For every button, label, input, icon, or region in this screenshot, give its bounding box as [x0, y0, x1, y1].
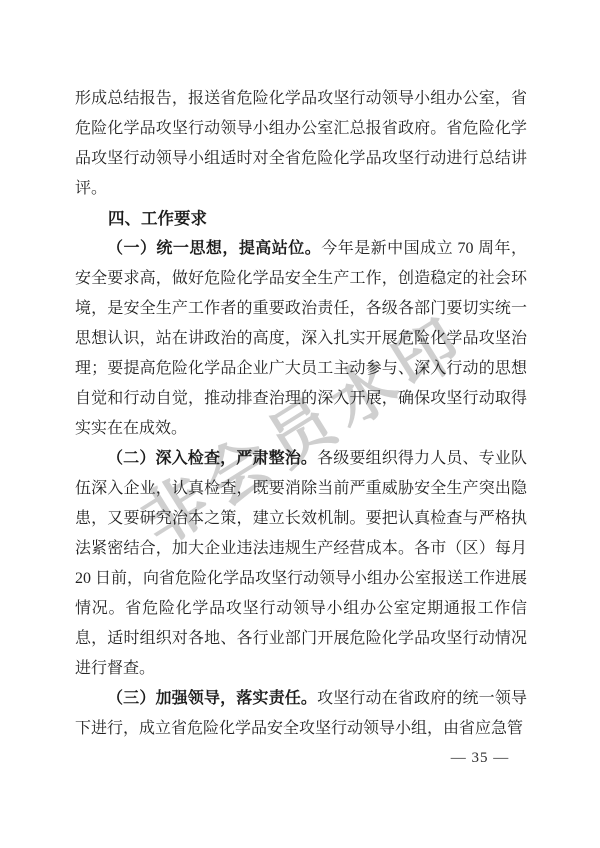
- paragraph-continuation: 形成总结报告，报送省危险化学品攻坚行动领导小组办公室，省危险化学品攻坚行动领导小…: [75, 84, 527, 204]
- paragraph-item-2: （二）深入检查，严肃整治。各级要组织得力人员、专业队伍深入企业，认真检查，既要消…: [75, 444, 527, 684]
- document-body: 形成总结报告，报送省危险化学品攻坚行动领导小组办公室，省危险化学品攻坚行动领导小…: [75, 84, 527, 744]
- paragraph-1-text: 今年是新中国成立 70 周年，安全要求高，做好危险化学品安全生产工作，创造稳定的…: [75, 240, 527, 437]
- page-number: — 35 —: [440, 747, 520, 769]
- section-heading: 四、工作要求: [75, 204, 527, 234]
- paragraph-item-3: （三）加强领导，落实责任。攻坚行动在省政府的统一领导下进行，成立省危险化学品安全…: [75, 684, 527, 744]
- paragraph-3-lead: （三）加强领导，落实责任。: [107, 690, 317, 707]
- paragraph-2-text: 各级要组织得力人员、专业队伍深入企业，认真检查，既要消除当前严重威胁安全生产突出…: [75, 450, 527, 677]
- paragraph-item-1: （一）统一思想，提高站位。今年是新中国成立 70 周年，安全要求高，做好危险化学…: [75, 234, 527, 444]
- paragraph-1-lead: （一）统一思想，提高站位。: [107, 240, 321, 257]
- document-page: 非会员水印 形成总结报告，报送省危险化学品攻坚行动领导小组办公室，省危险化学品攻…: [0, 0, 600, 848]
- paragraph-2-lead: （二）深入检查，严肃整治。: [107, 450, 317, 467]
